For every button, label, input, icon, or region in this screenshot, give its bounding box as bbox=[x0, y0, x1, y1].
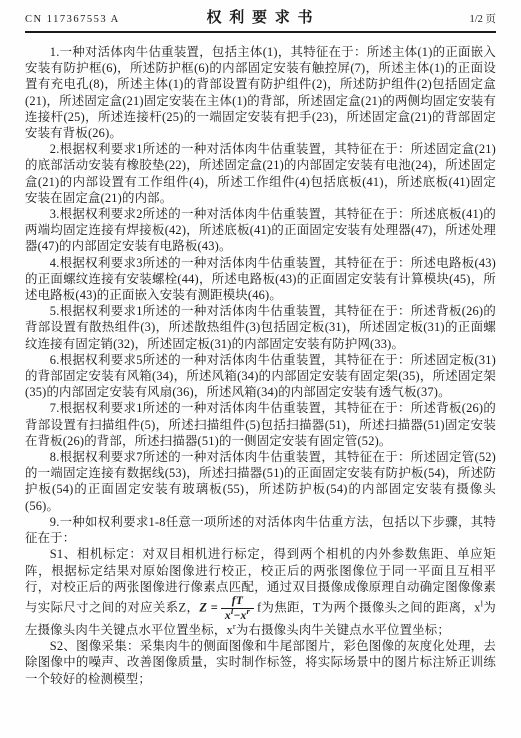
claims-body: 1.一种对活体肉牛估重装置，包括主体(1)，其特征在于：所述主体(1)的正面嵌入… bbox=[25, 44, 496, 687]
claim-5: 5.根据权利要求1所述的一种对活体肉牛估重装置，其特征在于：所述背板(26)的背… bbox=[25, 303, 496, 352]
claim-8: 8.根据权利要求7所述的一种对活体肉牛估重装置，其特征在于：所述固定管(52)的… bbox=[25, 449, 496, 514]
claim-2: 2.根据权利要求1所述的一种对活体肉牛估重装置，其特征在于：所述固定盒(21)的… bbox=[25, 141, 496, 206]
formula-denominator: xl−xr bbox=[221, 608, 254, 622]
claim-6: 6.根据权利要求5所述的一种对活体肉牛估重装置，其特征在于：所述固定板(31)的… bbox=[25, 352, 496, 401]
claim-9: 9.一种如权利要求1-8任意一项所述的对活体肉牛估重方法，包括以下步骤，其特征在… bbox=[25, 514, 496, 546]
claim-1: 1.一种对活体肉牛估重装置，包括主体(1)，其特征在于：所述主体(1)的正面嵌入… bbox=[25, 44, 496, 141]
formula-lhs: Z = bbox=[199, 600, 218, 614]
patent-claims-page: CN 117367553 A 权 利 要 求 书 1/2 页 1.一种对活体肉牛… bbox=[0, 0, 521, 738]
header-divider bbox=[25, 31, 496, 33]
formula-den-sup-right: r bbox=[247, 606, 251, 616]
document-number: CN 117367553 A bbox=[25, 14, 165, 25]
step-s1-text-c: 为右摄像头肉牛关键点水平位置坐标； bbox=[236, 623, 450, 637]
claim-4: 4.根据权利要求3所述的一种对活体肉牛估重装置，其特征在于：所述电路板(43)的… bbox=[25, 255, 496, 304]
disparity-formula-fraction: fTxl−xr bbox=[221, 595, 254, 622]
claim-7: 7.根据权利要求1所述的一种对活体肉牛估重装置，其特征在于：所述背板(26)的背… bbox=[25, 400, 496, 449]
claim-3: 3.根据权利要求2所述的一种对活体肉牛估重装置，其特征在于：所述底板(41)的两… bbox=[25, 206, 496, 255]
step-s2: S2、图像采集：采集肉牛的侧面图像和牛尾部图片，彩色图像的灰度化处理，去除图像中… bbox=[25, 638, 496, 687]
page-title: 权 利 要 求 书 bbox=[165, 6, 356, 27]
step-s1: S1、相机标定：对双目相机进行标定，得到两个相机的内外参数焦距、单应矩阵，根据标… bbox=[25, 546, 496, 638]
step-s1-text-a: f为焦距，T为两个摄像头之间的距离，x bbox=[257, 600, 481, 614]
page-number: 1/2 页 bbox=[356, 11, 496, 26]
page-header: CN 117367553 A 权 利 要 求 书 1/2 页 bbox=[25, 6, 496, 27]
